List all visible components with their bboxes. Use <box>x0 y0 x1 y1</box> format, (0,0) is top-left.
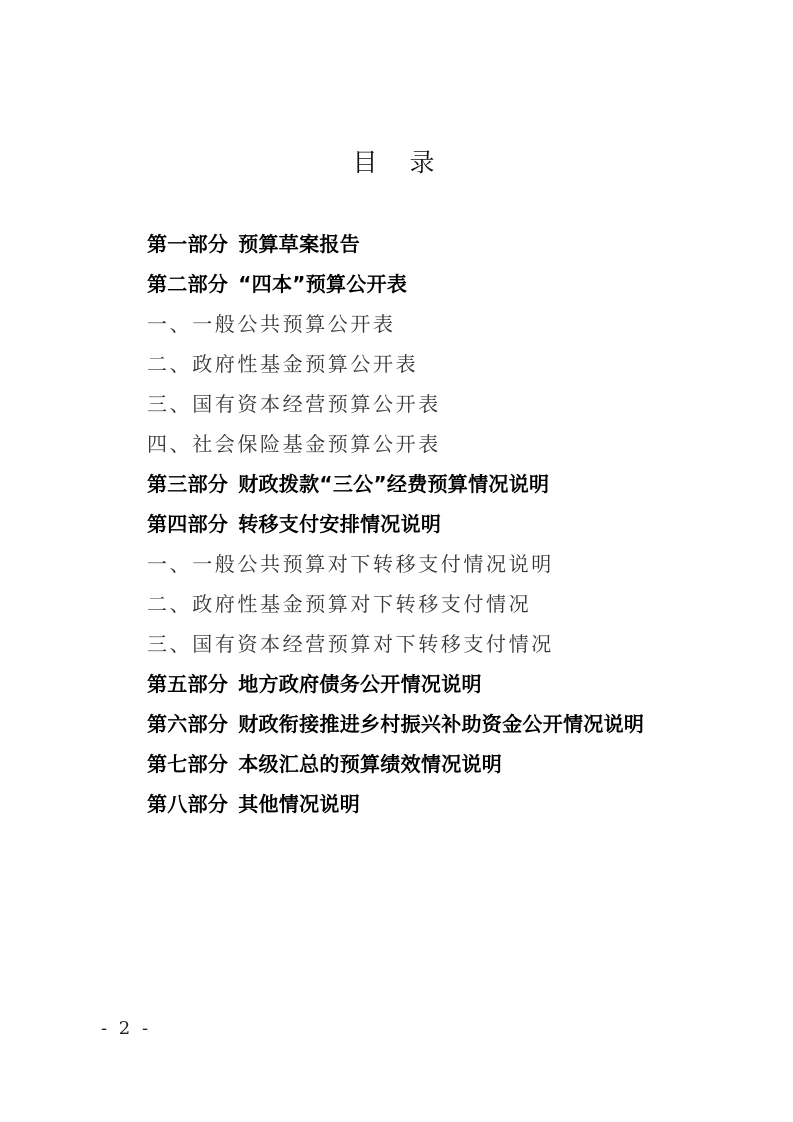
toc-entry-sub: 四、社会保险基金预算公开表 <box>147 428 644 468</box>
toc-entry-part-8: 第八部分其他情况说明 <box>147 788 644 828</box>
toc-entry-sub: 三、国有资本经营预算对下转移支付情况 <box>147 628 644 668</box>
toc-entry-part-3: 第三部分财政拨款“三公”经费预算情况说明 <box>147 468 644 508</box>
toc-part-text: 地方政府债务公开情况说明 <box>238 672 482 696</box>
toc-part-label: 第二部分 <box>147 272 228 296</box>
toc-part-label: 第六部分 <box>147 712 228 736</box>
toc-part-text: 财政拨款“三公”经费预算情况说明 <box>238 472 549 496</box>
toc-part-label: 第四部分 <box>147 512 228 536</box>
toc-part-text: 预算草案报告 <box>238 232 360 256</box>
toc-entry-part-4: 第四部分转移支付安排情况说明 <box>147 508 644 548</box>
toc-part-text: 转移支付安排情况说明 <box>238 512 441 536</box>
toc-part-text: 其他情况说明 <box>238 792 360 816</box>
toc-entry-part-2: 第二部分“四本”预算公开表 <box>147 268 644 308</box>
toc-part-text: “四本”预算公开表 <box>238 272 407 296</box>
page-number: - 2 - <box>101 1018 151 1039</box>
toc-part-label: 第八部分 <box>147 792 228 816</box>
toc-entry-sub: 三、国有资本经营预算公开表 <box>147 388 644 428</box>
toc-part-text: 本级汇总的预算绩效情况说明 <box>238 752 502 776</box>
toc-part-label: 第三部分 <box>147 472 228 496</box>
toc-entry-sub: 二、政府性基金预算公开表 <box>147 348 644 388</box>
toc-part-label: 第一部分 <box>147 232 228 256</box>
toc-entry-sub: 二、政府性基金预算对下转移支付情况 <box>147 588 644 628</box>
toc-part-label: 第五部分 <box>147 672 228 696</box>
toc-part-text: 财政衔接推进乡村振兴补助资金公开情况说明 <box>238 712 644 736</box>
toc-entry-part-6: 第六部分财政衔接推进乡村振兴补助资金公开情况说明 <box>147 708 644 748</box>
toc-entry-sub: 一、一般公共预算对下转移支付情况说明 <box>147 548 644 588</box>
toc-entry-part-5: 第五部分地方政府债务公开情况说明 <box>147 668 644 708</box>
toc-entry-sub: 一、一般公共预算公开表 <box>147 308 644 348</box>
table-of-contents: 第一部分预算草案报告 第二部分“四本”预算公开表 一、一般公共预算公开表 二、政… <box>147 228 644 828</box>
toc-entry-part-1: 第一部分预算草案报告 <box>147 228 644 268</box>
toc-part-label: 第七部分 <box>147 752 228 776</box>
toc-entry-part-7: 第七部分本级汇总的预算绩效情况说明 <box>147 748 644 788</box>
page-title: 目 录 <box>0 147 793 179</box>
